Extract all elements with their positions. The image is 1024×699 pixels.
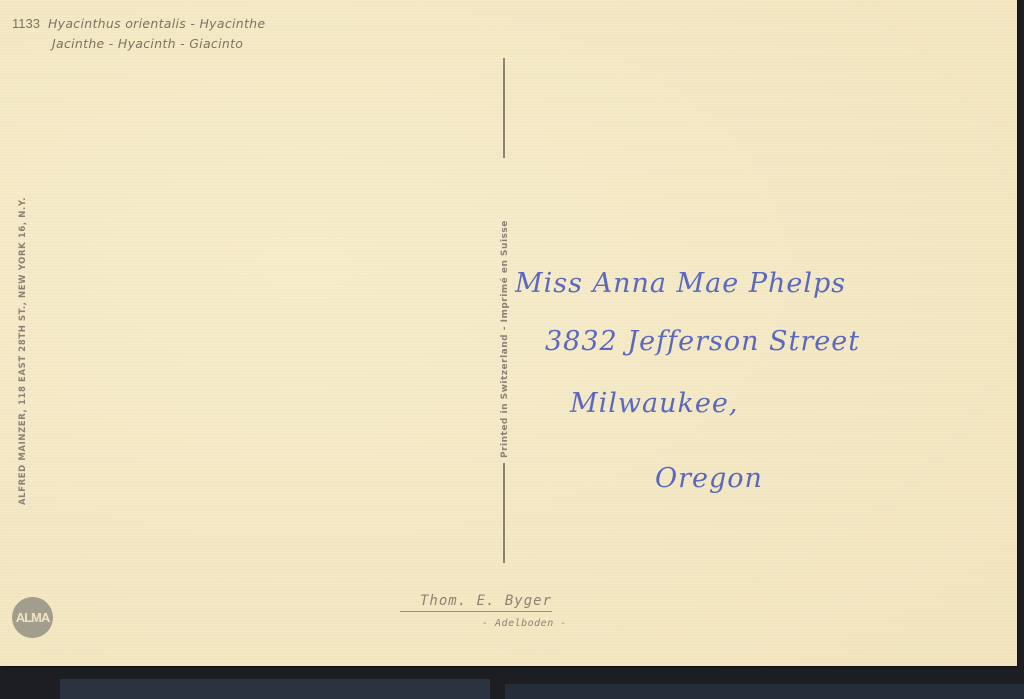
address-street: 3832 Jefferson Street (545, 326, 860, 357)
address-state: Oregon (655, 463, 763, 494)
artist-signature-block: Thom. E. Byger - Adelboden - (400, 590, 567, 629)
postcard-back: 1133 Hyacinthus orientalis - Hyacinthe J… (0, 0, 1017, 666)
logo-text: ALMA (16, 610, 50, 625)
divider-line-top (503, 58, 505, 158)
card-caption: 1133 Hyacinthus orientalis - Hyacinthe J… (12, 14, 265, 54)
artist-signature: Thom. E. Byger (400, 593, 552, 612)
publisher-imprint: ALFRED MAINZER, 118 EAST 28TH ST., NEW Y… (18, 197, 28, 505)
address-recipient: Miss Anna Mae Phelps (515, 268, 846, 299)
artist-location: - Adelboden - (482, 618, 567, 629)
divider-line-bottom (503, 463, 505, 563)
caption-line-2: Jacinthe - Hyacinth - Giacinto (12, 34, 265, 54)
printed-in-switzerland-note: Printed in Switzerland - Imprimé en Suis… (500, 220, 510, 458)
caption-line-1: 1133 Hyacinthus orientalis - Hyacinthe (12, 14, 265, 34)
address-city: Milwaukee, (570, 388, 738, 419)
backdrop-surface (60, 679, 490, 699)
backdrop-surface-right (505, 684, 1024, 699)
card-number: 1133 (12, 16, 40, 31)
alma-logo-icon: ALMA (12, 597, 53, 638)
caption-latin-name: Hyacinthus orientalis - Hyacinthe (48, 16, 265, 31)
